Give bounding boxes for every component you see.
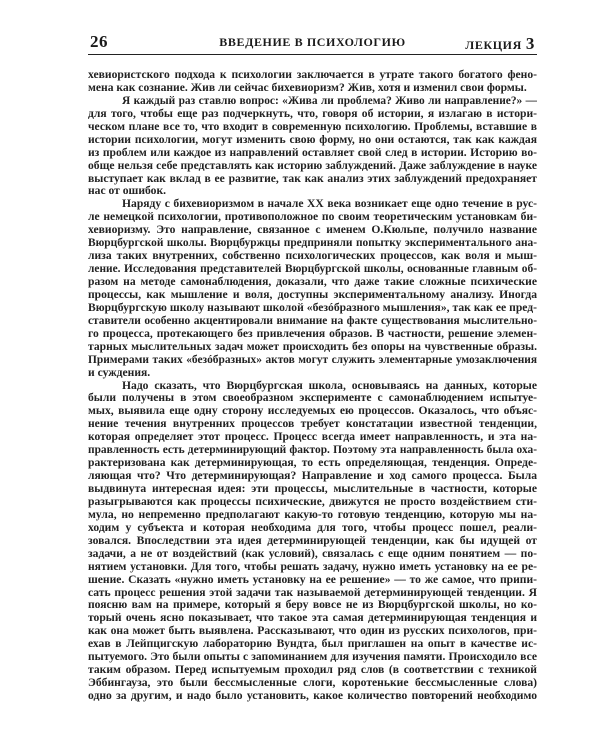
text-line: ле немецкой психологии, противоположное … [88,211,537,224]
text-line: мых, выявила еще одну сторону исследуемы… [88,405,537,418]
text-line: Эббингауза, это были бессмысленные слоги… [88,677,537,690]
text-line: пытуемого. Это были опыты с запоминанием… [88,651,537,664]
text-line: нение течения внутренних процессов требу… [88,418,537,431]
text-line: торый очень ясно показывает, что такое э… [88,612,537,625]
text-line: выступает как вклад в ее развитие, так к… [88,173,537,186]
text-line: и суждения. [88,367,537,380]
text-line: выдвинута интересная идея: эти процессы,… [88,483,537,496]
text-line: Вюрцбургской школы. Вюрцбуржцы предприня… [88,237,537,250]
chapter-label-text: ЛЕКЦИЯ [465,38,522,52]
chapter-number: 3 [526,34,535,53]
page-header: 26 ВВЕДЕНИЕ В ПСИХОЛОГИЮ ЛЕКЦИЯ3 [88,30,537,55]
text-line: мена как сознание. Жив ли сейчас бихевио… [88,82,537,95]
text-line: разом на методе самонаблюдения, доказали… [88,276,537,289]
text-line: сать процесс решения этой задачи так наз… [88,587,537,600]
chapter-label: ЛЕКЦИЯ3 [465,34,535,54]
text-line: как она может быть выявлена. Рассказываю… [88,625,537,638]
text-line: тарных мыслительных задач может происход… [88,341,537,354]
text-line: которая определяет этот процесс. Процесс… [88,431,537,444]
text-line: правленность есть детерминирующий фактор… [88,444,537,457]
text-line: нас от ошибок. [88,185,537,198]
text-line: истории психологии, могут изменить свою … [88,134,537,147]
text-line: процессы, как мышление и воля, доступны … [88,289,537,302]
text-line: рактеризована как детерминирующая, то ес… [88,457,537,470]
text-line: нятием установки. Для того, чтобы решать… [88,561,537,574]
text-line: зовался. Впоследствии эта идея детермини… [88,535,537,548]
text-line: Надо сказать, что Вюрцбургская школа, ос… [88,380,537,393]
text-line: поясню вам на примере, который я беру во… [88,599,537,612]
text-line: шение. Сказать «нужно иметь установку на… [88,574,537,587]
text-line: мула, но непременно предполагают какую-т… [88,509,537,522]
text-line: одно за другим, и надо было установить, … [88,690,537,703]
text-line: хевиористского подхода к психологии закл… [88,69,537,82]
text-line: разыгрываются как процессы психические, … [88,496,537,509]
text-line: ческом плане все то, что входит в соврем… [88,121,537,134]
text-line: ляющая что? Что детерминирующая? Направл… [88,470,537,483]
text-line: Я каждый раз ставлю вопрос: «Жива ли про… [88,95,537,108]
text-line: лиза таких внутренних, собственно психол… [88,250,537,263]
text-line: Наряду с бихевиоризмом в начале XX века … [88,198,537,211]
text-line: го процесса, протекающего без привлечени… [88,328,537,341]
text-line: задачи, а не от воздействий (как условий… [88,548,537,561]
text-line: ходим у субъекта и которая необходима дл… [88,522,537,535]
text-line: ставители особенно акцентировали внимани… [88,315,537,328]
text-line: ление. Исследования представителей Вюрцб… [88,263,537,276]
text-line: были получены в этом своеобразном экспер… [88,392,537,405]
book-page: 26 ВВЕДЕНИЕ В ПСИХОЛОГИЮ ЛЕКЦИЯ3 хевиори… [0,0,600,750]
text-line: Вюрцбургскую школу называют школой «безó… [88,302,537,315]
text-line: таким образом. Перед испытуемым проходил… [88,664,537,677]
text-line: для того, чтобы еще раз подчеркнуть, что… [88,108,537,121]
body-text: хевиористского подхода к психологии закл… [88,69,537,703]
text-line: ехав в Лейпцигскую лабораторию Вундта, б… [88,638,537,651]
text-line: обще нельзя себе представлять как истори… [88,160,537,173]
text-line: из проблем или каждое из направлений ост… [88,147,537,160]
text-line: Примерами таких «безóбразных» актов могу… [88,354,537,367]
text-line: хевиоризму. Это направление, связанное с… [88,224,537,237]
